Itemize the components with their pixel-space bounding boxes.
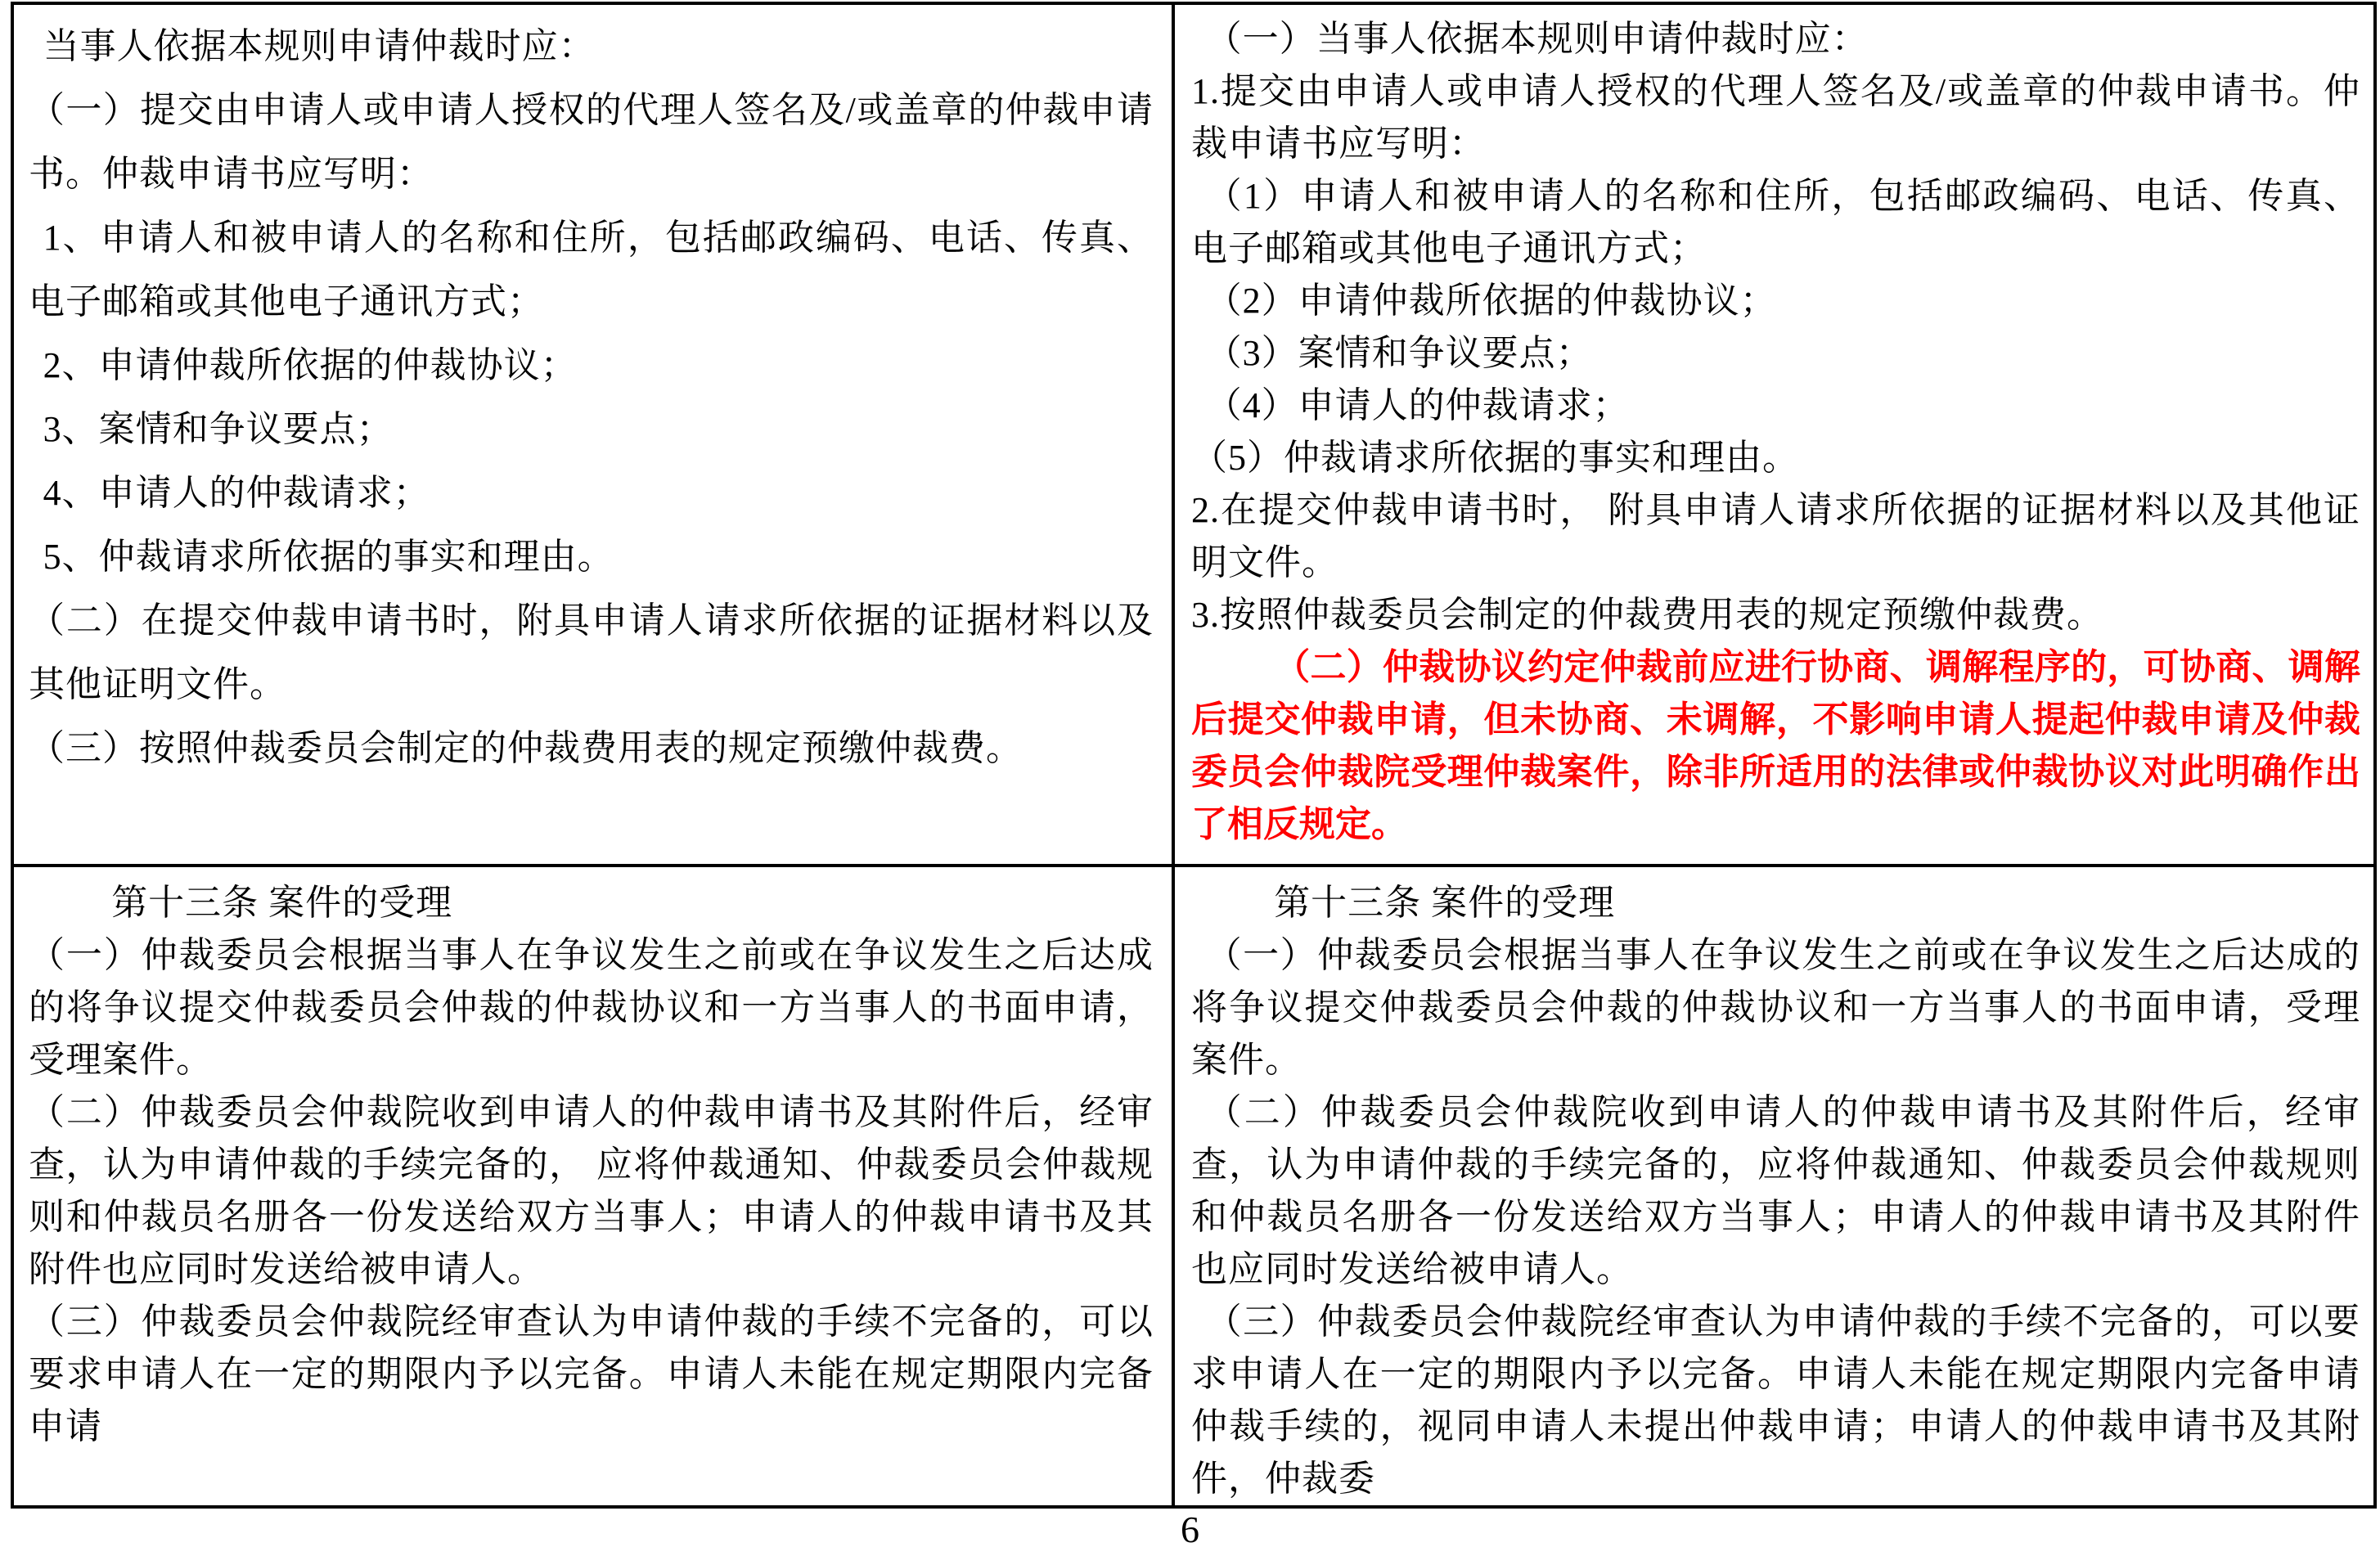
paragraph: （三）仲裁委员会仲裁院经审查认为申请仲裁的手续不完备的，可以要求申请人在一定的期…: [1191, 1296, 2360, 1505]
paragraph: 2.在提交仲裁申请书时， 附具申请人请求所依据的证据材料以及其他证明文件。: [1191, 484, 2360, 589]
old-rule-cell-article12: 当事人依据本规则申请仲裁时应：（一）提交由申请人或申请人授权的代理人签名及/或盖…: [12, 3, 1173, 866]
document-page: { "page": { "number": "6" }, "colors": {…: [0, 0, 2380, 1556]
paragraph: （一）当事人依据本规则申请仲裁时应：: [1191, 13, 2360, 65]
paragraph: 2、申请仲裁所依据的仲裁协议；: [29, 334, 1154, 398]
paragraph: （1）申请人和被申请人的名称和住所，包括邮政编码、电话、传真、电子邮箱或其他电子…: [1191, 170, 2360, 275]
paragraph: 3.按照仲裁委员会制定的仲裁费用表的规定预缴仲裁费。: [1191, 589, 2360, 641]
paragraph: （二）仲裁委员会仲裁院收到申请人的仲裁申请书及其附件后，经审查，认为申请仲裁的手…: [1191, 1086, 2360, 1296]
paragraph: 4、申请人的仲裁请求；: [29, 461, 1154, 525]
paragraph: （4）申请人的仲裁请求；: [1191, 380, 2360, 432]
paragraph: 3、案情和争议要点；: [29, 398, 1154, 461]
paragraph: 第十三条 案件的受理: [1191, 877, 2360, 929]
paragraph: （3）案情和争议要点；: [1191, 327, 2360, 380]
paragraph: （一）仲裁委员会根据当事人在争议发生之前或在争议发生之后达成的将争议提交仲裁委员…: [29, 929, 1154, 1086]
rules-comparison-table: 当事人依据本规则申请仲裁时应：（一）提交由申请人或申请人授权的代理人签名及/或盖…: [11, 2, 2377, 1509]
highlighted-amendment-paragraph: （二）仲裁协议约定仲裁前应进行协商、调解程序的，可协商、调解后提交仲裁申请，但未…: [1191, 641, 2360, 851]
paragraph: 1、申请人和被申请人的名称和住所，包括邮政编码、电话、传真、电子邮箱或其他电子通…: [29, 206, 1154, 334]
table-row: 当事人依据本规则申请仲裁时应：（一）提交由申请人或申请人授权的代理人签名及/或盖…: [12, 3, 2375, 866]
paragraph: （5）仲裁请求所依据的事实和理由。: [1191, 432, 2360, 484]
paragraph: （二）仲裁委员会仲裁院收到申请人的仲裁申请书及其附件后，经审查，认为申请仲裁的手…: [29, 1086, 1154, 1296]
paragraph: 第十三条 案件的受理: [29, 877, 1154, 929]
paragraph: （三）按照仲裁委员会制定的仲裁费用表的规定预缴仲裁费。: [29, 717, 1154, 780]
page-number: 6: [0, 1508, 2380, 1551]
paragraph: （一）仲裁委员会根据当事人在争议发生之前或在争议发生之后达成的将争议提交仲裁委员…: [1191, 929, 2360, 1086]
paragraph: （二）在提交仲裁申请书时，附具申请人请求所依据的证据材料以及其他证明文件。: [29, 589, 1154, 717]
new-rule-cell-article13: 第十三条 案件的受理（一）仲裁委员会根据当事人在争议发生之前或在争议发生之后达成…: [1173, 866, 2375, 1507]
old-rule-cell-article13: 第十三条 案件的受理（一）仲裁委员会根据当事人在争议发生之前或在争议发生之后达成…: [12, 866, 1173, 1507]
paragraph: 当事人依据本规则申请仲裁时应：: [29, 15, 1154, 79]
new-rule-cell-article12: （一）当事人依据本规则申请仲裁时应：1.提交由申请人或申请人授权的代理人签名及/…: [1173, 3, 2375, 866]
paragraph: （一）提交由申请人或申请人授权的代理人签名及/或盖章的仲裁申请书。仲裁申请书应写…: [29, 79, 1154, 206]
paragraph: 5、仲裁请求所依据的事实和理由。: [29, 525, 1154, 589]
paragraph: （三）仲裁委员会仲裁院经审查认为申请仲裁的手续不完备的，可以要求申请人在一定的期…: [29, 1296, 1154, 1453]
paragraph: （2）申请仲裁所依据的仲裁协议；: [1191, 275, 2360, 327]
paragraph: 1.提交由申请人或申请人授权的代理人签名及/或盖章的仲裁申请书。仲裁申请书应写明…: [1191, 65, 2360, 170]
table-row: 第十三条 案件的受理（一）仲裁委员会根据当事人在争议发生之前或在争议发生之后达成…: [12, 866, 2375, 1507]
